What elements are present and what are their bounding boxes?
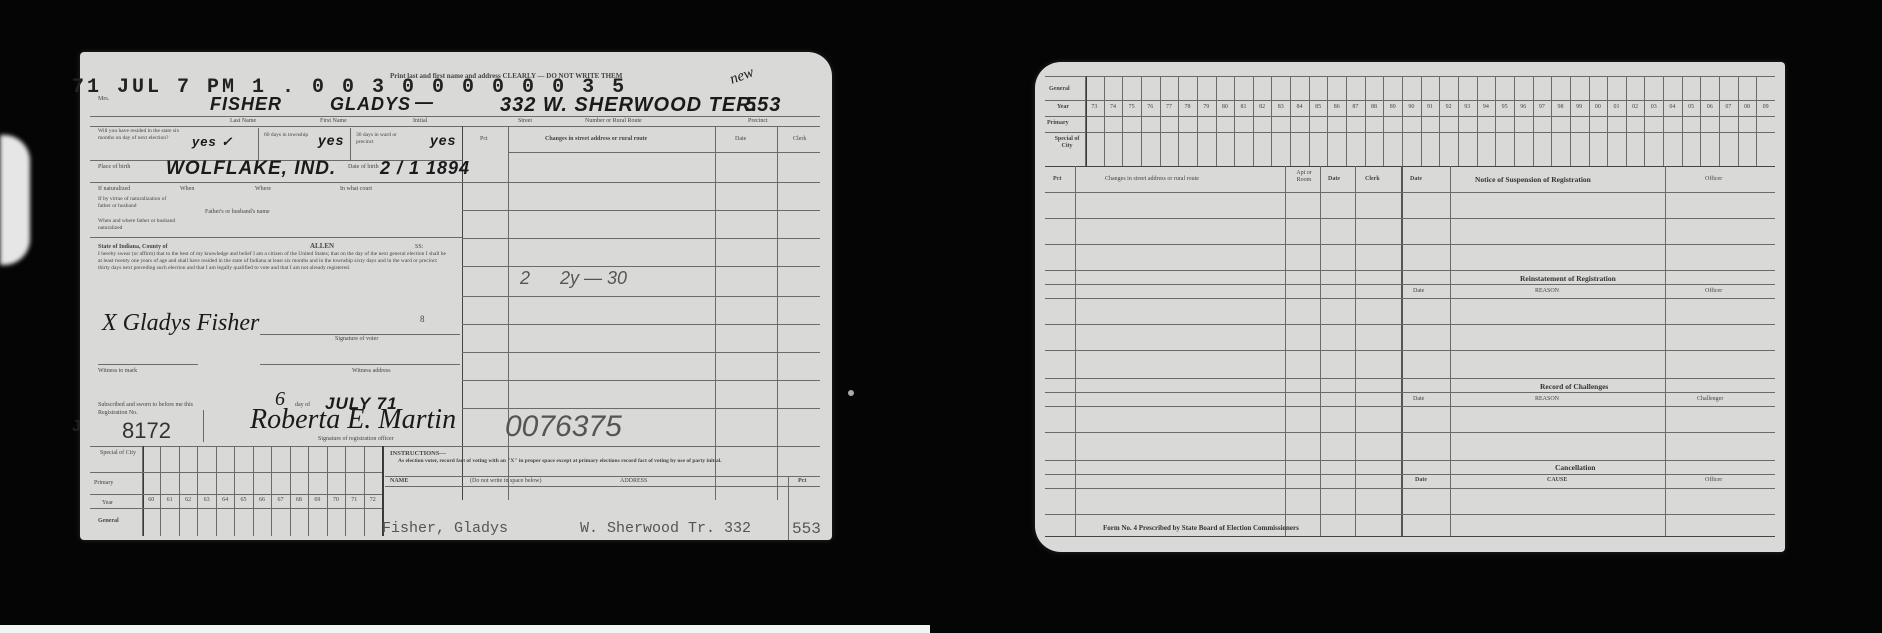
voter-sig-mark: 8 xyxy=(420,314,425,324)
front-year-cell: 71 xyxy=(345,497,363,503)
front-year-cell: 64 xyxy=(216,497,234,503)
history-row-general: General xyxy=(98,518,119,524)
township-label: 60 days in township xyxy=(264,132,314,139)
top-instruction: Print last and first name and address CL… xyxy=(390,72,622,80)
back-year-cell: 91 xyxy=(1421,104,1440,110)
corner-scribble: new xyxy=(728,64,757,88)
back-year-cell: 81 xyxy=(1234,104,1253,110)
initial: — xyxy=(415,92,434,113)
back-year-cell: 95 xyxy=(1495,104,1514,110)
front-year-cell: 62 xyxy=(179,497,197,503)
form-footer: Form No. 4 Prescribed by State Board of … xyxy=(1103,524,1299,532)
back-year-cell: 79 xyxy=(1197,104,1216,110)
registration-number: 8172 xyxy=(122,418,171,444)
oath-text: I hereby swear (or affirm) that to the b… xyxy=(98,251,448,272)
back-year-cell: 08 xyxy=(1738,104,1757,110)
back-year-cell: 04 xyxy=(1663,104,1682,110)
county-value: ALLEN xyxy=(310,242,334,250)
registration-no-label: Registration No. xyxy=(98,410,138,416)
resided-state-label: Will you have resided in the state six m… xyxy=(98,128,188,142)
registration-card-back: General Year Primary Special of City Pct… xyxy=(1035,62,1785,552)
back-year-cell: 07 xyxy=(1719,104,1738,110)
cancellation-cause-header: CAUSE xyxy=(1547,477,1567,483)
witness-to-mark-label: Witness to mark xyxy=(98,368,137,374)
back-year-cell: 00 xyxy=(1589,104,1608,110)
instructions-address-col: ADDRESS xyxy=(620,478,647,484)
witness-address-label: Witness address xyxy=(352,368,391,374)
ward-label: 30 days in ward or precinct xyxy=(356,132,411,146)
challenges-title: Record of Challenges xyxy=(1540,382,1608,391)
street-address: 332 W. SHERWOOD TER. xyxy=(500,94,758,117)
back-year-cell: 86 xyxy=(1327,104,1346,110)
back-year-cell: 03 xyxy=(1644,104,1663,110)
pct-label: Pct xyxy=(480,136,488,142)
back-date-header: Date xyxy=(1328,176,1340,182)
instructions-name-col: NAME xyxy=(390,478,408,484)
back-year-cell: 84 xyxy=(1290,104,1309,110)
precinct: 553 xyxy=(745,94,781,117)
clerk-header: Clerk xyxy=(793,136,806,142)
instructions-pct-col: Pct xyxy=(798,478,806,484)
front-year-cell: 63 xyxy=(197,497,215,503)
date-of-birth-label: Date of birth xyxy=(348,164,379,170)
back-year-cell: 98 xyxy=(1551,104,1570,110)
back-pct-header: Pct xyxy=(1053,176,1061,182)
reinstatement-date-header: Date xyxy=(1413,288,1424,294)
ss-label: SS: xyxy=(415,244,423,250)
date-header: Date xyxy=(735,136,746,142)
fathers-name-label: Father's or husband's name xyxy=(205,209,270,215)
back-year-cell: 77 xyxy=(1160,104,1179,110)
back-year-cell: 74 xyxy=(1104,104,1123,110)
typed-precinct: 553 xyxy=(792,520,821,538)
naturalized-label: If naturalized xyxy=(98,186,130,192)
back-year-cell: 02 xyxy=(1626,104,1645,110)
typed-address: W. Sherwood Tr. 332 xyxy=(580,520,751,537)
reinstatement-officer-header: Officer xyxy=(1705,288,1722,294)
front-year-cell: 69 xyxy=(308,497,326,503)
subscribed-label: Subscribed and sworn to before me this xyxy=(98,402,193,408)
back-year-cell: 97 xyxy=(1533,104,1552,110)
ward-answer: yes xyxy=(430,132,456,148)
suspension-officer-header: Officer xyxy=(1705,176,1722,182)
back-year-cell: 99 xyxy=(1570,104,1589,110)
last-name-label: Last Name xyxy=(230,118,256,124)
back-year-cell: 93 xyxy=(1458,104,1477,110)
when-where-father-label: When and where father or husband natural… xyxy=(98,218,188,232)
when-label: When xyxy=(180,186,194,192)
back-year-cell: 75 xyxy=(1122,104,1141,110)
officer-signature: Roberta E. Martin xyxy=(250,404,456,436)
back-year-cell: 06 xyxy=(1700,104,1719,110)
first-name-label: First Name xyxy=(320,118,347,124)
pencil-number: 0076375 xyxy=(505,410,622,444)
instructions-no-write: (Do not write in space below) xyxy=(470,478,541,484)
history-row-year: Year xyxy=(102,500,113,506)
challenges-reason-header: REASON xyxy=(1535,396,1559,402)
back-year-cell: 05 xyxy=(1682,104,1701,110)
date-of-birth: 2 / 1 1894 xyxy=(380,158,470,179)
back-year-cell: 85 xyxy=(1309,104,1328,110)
by-virtue-label: If by virtue of naturalization of father… xyxy=(98,196,178,210)
back-year-cell: 78 xyxy=(1178,104,1197,110)
cancellation-date-header: Date xyxy=(1415,477,1427,483)
back-clerk-header: Clerk xyxy=(1365,176,1380,182)
back-year-cell: 88 xyxy=(1365,104,1384,110)
voter-signature: X Gladys Fisher xyxy=(102,310,259,337)
resided-state-answer: yes ✓ xyxy=(192,134,233,150)
front-year-cell: 65 xyxy=(234,497,252,503)
signature-of-voter-label: Signature of voter xyxy=(335,336,378,342)
front-year-cell: 67 xyxy=(271,497,289,503)
back-year-cell: 73 xyxy=(1085,104,1104,110)
back-history-row-year: Year xyxy=(1057,104,1069,110)
scan-edge-strip xyxy=(0,625,930,633)
instructions-body: As election voter, record fact of voting… xyxy=(398,458,818,465)
street-label: Street xyxy=(518,118,532,124)
challenges-challenger-header: Challenger xyxy=(1697,396,1723,402)
instructions-title: INSTRUCTIONS— xyxy=(390,450,446,457)
back-year-cell: 80 xyxy=(1216,104,1235,110)
first-name: GLADYS xyxy=(330,94,411,115)
back-history-row-primary: Primary xyxy=(1047,120,1069,126)
back-year-cell: 83 xyxy=(1271,104,1290,110)
precinct-label: Precinct xyxy=(748,118,768,124)
back-year-cell: 89 xyxy=(1383,104,1402,110)
suspension-title: Notice of Suspension of Registration xyxy=(1475,175,1591,184)
back-year-cell: 90 xyxy=(1402,104,1421,110)
back-year-cell: 96 xyxy=(1514,104,1533,110)
route-label: Number or Rural Route xyxy=(585,118,642,124)
court-label: In what court xyxy=(340,186,372,192)
back-year-cell: 01 xyxy=(1607,104,1626,110)
registration-card-front: 71 JUL 7 PM 1 . 0 0 3 0 0 0 0 0 0 3 5 Pr… xyxy=(80,52,832,540)
suspension-date-header: Date xyxy=(1410,176,1422,182)
back-changes-header: Changes in street address or rural route xyxy=(1105,176,1199,182)
last-name: FISHER xyxy=(210,94,282,115)
initial-label: Initial xyxy=(413,118,427,124)
cancellation-title: Cancellation xyxy=(1555,463,1595,472)
back-year-cell: 92 xyxy=(1439,104,1458,110)
history-row-special: Special of City xyxy=(96,450,140,457)
front-year-cell: 72 xyxy=(364,497,382,503)
front-year-cell: 60 xyxy=(142,497,160,503)
challenges-date-header: Date xyxy=(1413,396,1424,402)
typed-name: Fisher, Gladys xyxy=(382,520,508,537)
state-county-label: State of Indiana, County of xyxy=(98,244,168,250)
side-letter: J xyxy=(72,418,81,436)
history-row-primary: Primary xyxy=(94,480,113,486)
front-year-cell: 68 xyxy=(290,497,308,503)
back-year-cell: 09 xyxy=(1756,104,1775,110)
back-history-row-general: General xyxy=(1049,86,1070,92)
where-label: Where xyxy=(255,186,271,192)
back-history-row-special: Special of City xyxy=(1051,136,1083,150)
back-apt-header: Apt or Room xyxy=(1291,170,1317,184)
scan-artifact xyxy=(0,135,30,265)
cancellation-officer-header: Officer xyxy=(1705,477,1722,483)
front-year-cell: 66 xyxy=(253,497,271,503)
back-year-cell: 76 xyxy=(1141,104,1160,110)
back-year-cell: 87 xyxy=(1346,104,1365,110)
place-of-birth-label: Place of birth xyxy=(98,164,130,170)
back-year-cell: 94 xyxy=(1477,104,1496,110)
reinstatement-title: Reinstatement of Registration xyxy=(1520,274,1616,283)
dust-speck xyxy=(848,390,854,396)
reinstatement-reason-header: REASON xyxy=(1535,288,1559,294)
back-year-cell: 82 xyxy=(1253,104,1272,110)
signature-officer-label: Signature of registration officer xyxy=(318,436,394,442)
place-of-birth: WOLFLAKE, IND. xyxy=(166,158,336,180)
title-prefix: Mrs. xyxy=(98,96,109,102)
pencil-notes: 2 2y — 30 xyxy=(520,268,627,289)
township-answer: yes xyxy=(318,132,344,148)
changes-header: Changes in street address or rural route xyxy=(545,136,647,142)
front-year-cell: 70 xyxy=(327,497,345,503)
front-year-cell: 61 xyxy=(160,497,178,503)
